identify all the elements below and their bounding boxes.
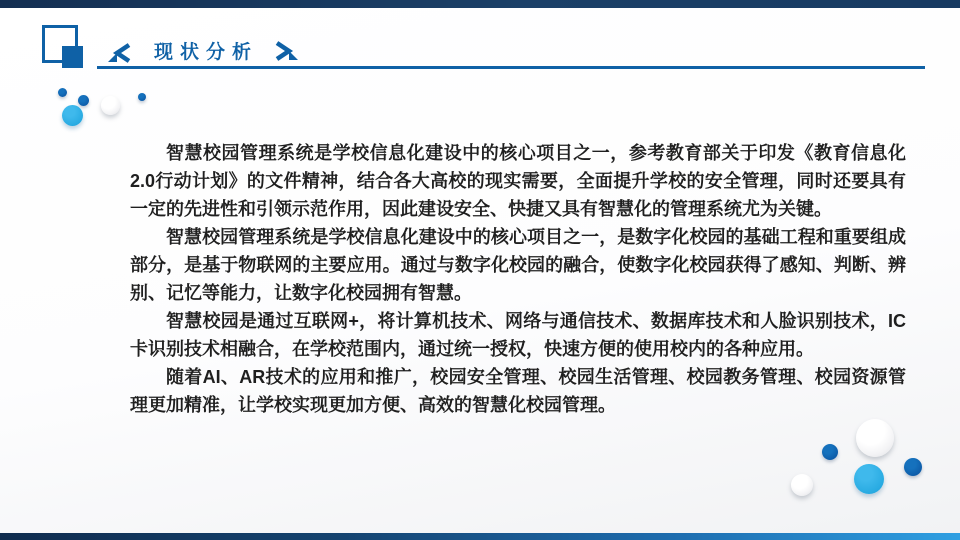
body-paragraph: 随着AI、AR技术的应用和推广，校园安全管理、校园生活管理、校园教务管理、校园资… bbox=[130, 363, 906, 419]
chevron-right-wrap bbox=[274, 41, 300, 66]
slide: 现状分析 智慧校园管理系统是学校信息化建设中的核心项目之一，参考教育部关于印发《… bbox=[0, 0, 960, 540]
top-bar bbox=[0, 0, 960, 8]
decor-circle bbox=[856, 419, 894, 457]
chevron-right-icon bbox=[274, 41, 300, 61]
decor-circle bbox=[822, 444, 838, 460]
body-text: 智慧校园管理系统是学校信息化建设中的核心项目之一，参考教育部关于印发《教育信息化… bbox=[130, 139, 906, 419]
square-solid-decoration bbox=[62, 46, 83, 68]
decor-circle bbox=[101, 96, 120, 115]
decor-circle bbox=[62, 105, 83, 126]
chevron-left-icon bbox=[106, 43, 132, 63]
body-paragraph: 智慧校园是通过互联网+，将计算机技术、网络与通信技术、数据库技术和人脸识别技术，… bbox=[130, 307, 906, 363]
decor-circle bbox=[791, 474, 813, 496]
page-title: 现状分析 bbox=[154, 40, 258, 66]
body-paragraph: 智慧校园管理系统是学校信息化建设中的核心项目之一，参考教育部关于印发《教育信息化… bbox=[130, 139, 906, 223]
decor-circle bbox=[904, 458, 922, 476]
decor-circle bbox=[78, 95, 89, 106]
title-underline bbox=[97, 66, 925, 69]
decor-circle bbox=[58, 88, 67, 97]
title-row: 现状分析 bbox=[106, 40, 300, 66]
decor-circle bbox=[854, 464, 884, 494]
decor-circle bbox=[138, 93, 146, 101]
body-paragraph: 智慧校园管理系统是学校信息化建设中的核心项目之一，是数字化校园的基础工程和重要组… bbox=[130, 223, 906, 307]
bottom-bar bbox=[0, 533, 960, 540]
